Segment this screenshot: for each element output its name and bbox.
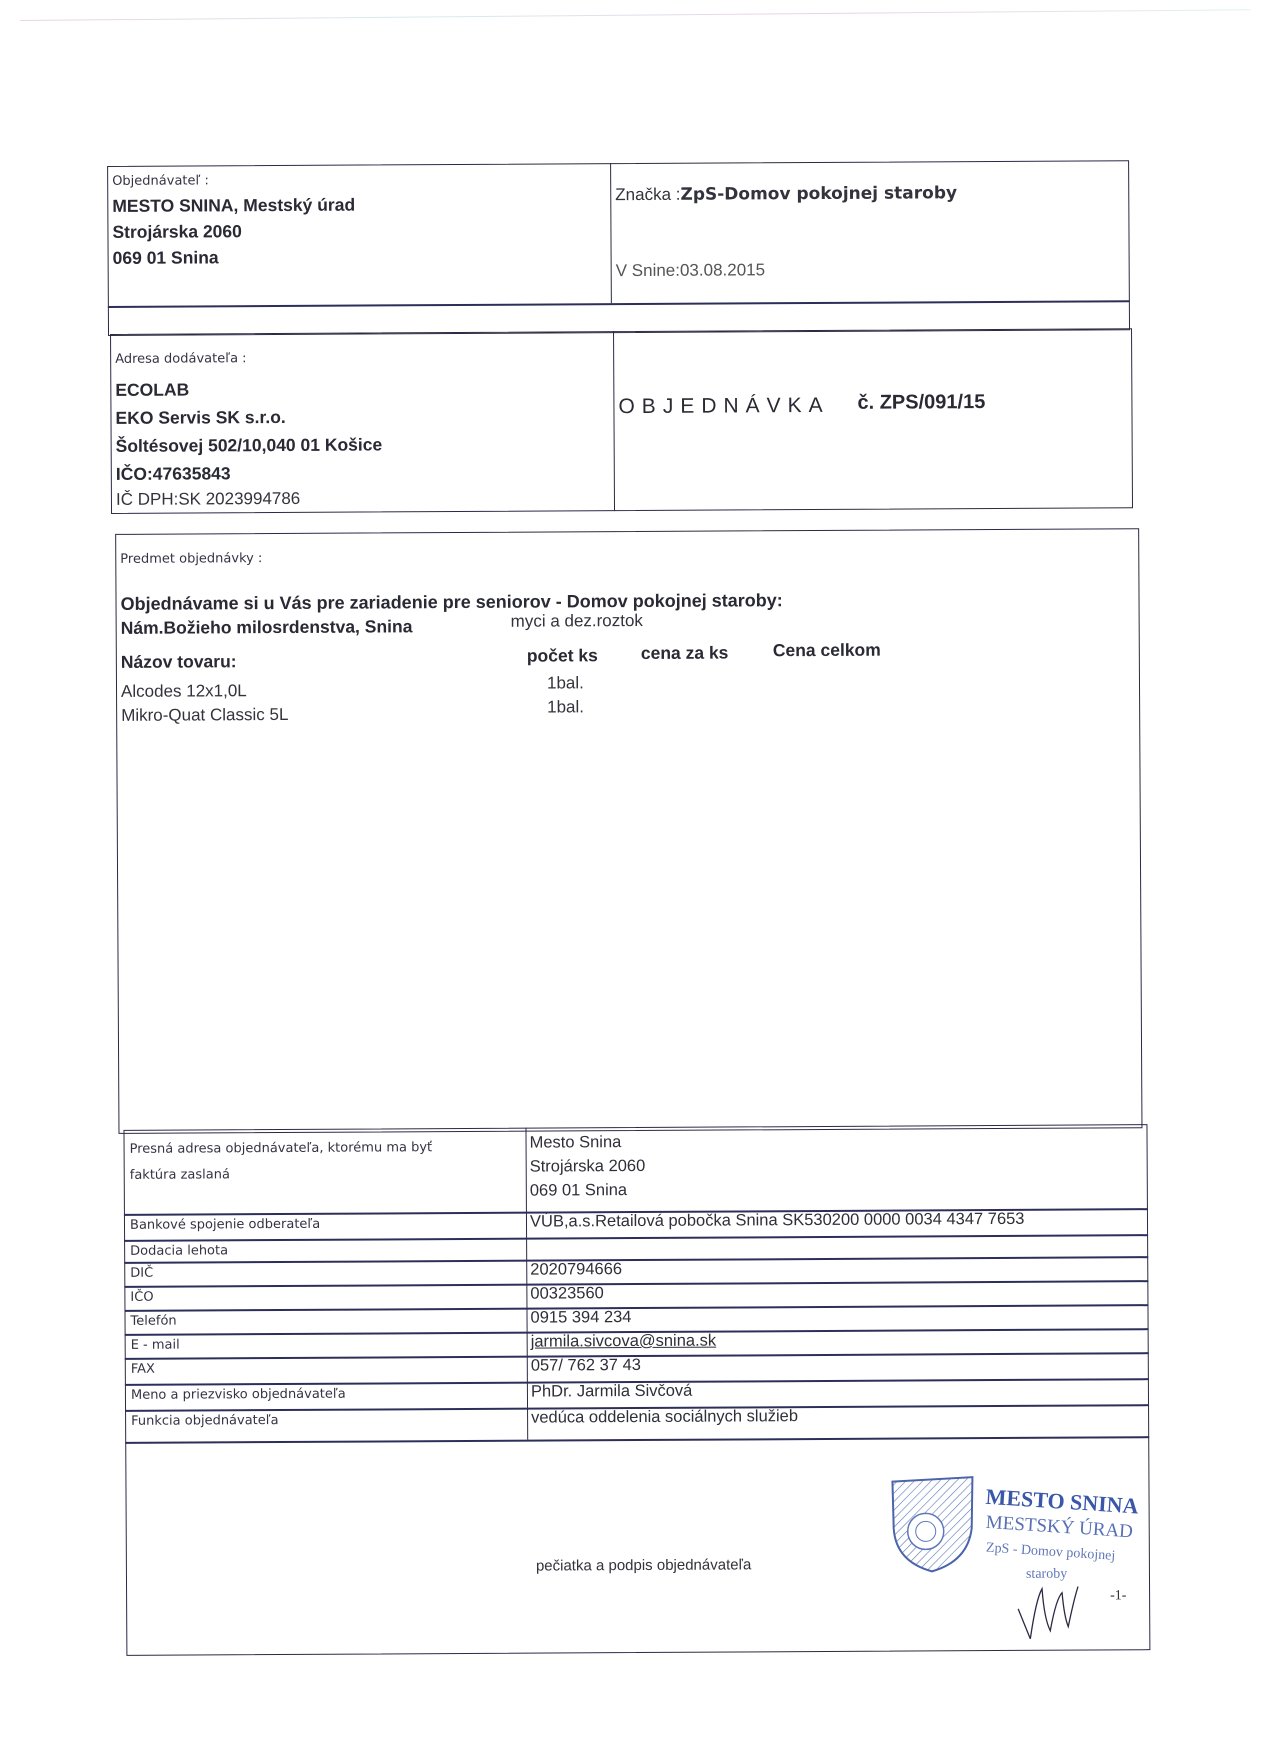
reference-row: Značka :ZpS-Domov pokojnej staroby: [615, 183, 957, 205]
details-row-value: 0915 394 234: [530, 1308, 631, 1328]
order-document: Objednávateľ : MESTO SNINA, Mestský úrad…: [0, 0, 1264, 1752]
supplier-label: Adresa dodávateľa :: [115, 351, 246, 367]
details-row-label: Meno a priezvisko objednávateľa: [131, 1387, 346, 1403]
details-row-label: IČO: [130, 1290, 153, 1305]
invoice-address-line: 069 01 Snina: [530, 1181, 627, 1201]
details-row-value: VÚB,a.s.Retailová pobočka Snina SK530200…: [530, 1210, 1025, 1232]
details-row-value: 057/ 762 37 43: [531, 1356, 641, 1376]
reference-label: Značka :: [615, 185, 680, 204]
orderer-street: Strojárska 2060: [112, 221, 242, 243]
details-row-label: Dodacia lehota: [130, 1243, 228, 1259]
item-name: Mikro-Quat Classic 5L: [121, 705, 288, 726]
details-rows: Bankové spojenie odberateľaVÚB,a.s.Retai…: [0, 0, 1263, 1]
details-row-value: vedúca oddelenia sociálnych služieb: [531, 1407, 798, 1427]
supplier-ico: IČO:47635843: [116, 463, 231, 485]
subject-label: Predmet objednávky :: [120, 551, 262, 567]
invoice-address-label: Presná adresa objednávateľa, ktorému ma …: [130, 1140, 433, 1157]
supplier-ic-dph: IČ DPH:SK 2023994786: [116, 489, 300, 510]
orderer-city: 069 01 Snina: [113, 247, 219, 269]
supplier-address: Šoltésovej 502/10,040 01 Košice: [116, 434, 383, 456]
orderer-label: Objednávateľ :: [112, 173, 209, 189]
item-qty: 1bal.: [547, 673, 584, 693]
invoice-address-line: Strojárska 2060: [530, 1157, 646, 1177]
signature-caption: pečiatka a podpis objednávateľa: [536, 1556, 751, 1574]
details-row-label: Telefón: [131, 1314, 177, 1329]
item-qty: 1bal.: [547, 697, 584, 717]
orderer-name: MESTO SNINA, Mestský úrad: [112, 195, 355, 217]
order-number: č. ZPS/091/15: [857, 391, 985, 415]
signature-scribble-icon: [1008, 1569, 1088, 1649]
details-row-value: 2020794666: [530, 1260, 622, 1280]
details-row-label: FAX: [131, 1362, 155, 1377]
official-stamp: MESTO SNINA MESTSKÝ ÚRAD ZpS - Domov pok…: [887, 1472, 1168, 1644]
column-name: Názov tovaru:: [121, 651, 237, 673]
supplier-company: EKO Servis SK s.r.o.: [115, 407, 285, 429]
details-row-value: 00323560: [530, 1284, 604, 1303]
details-row-value: PhDr. Jarmila Sivčová: [531, 1382, 692, 1402]
subject-category: myci a dez.roztok: [511, 611, 643, 632]
place-date: V Snine:03.08.2015: [616, 260, 765, 281]
subject-intro: Objednávame si u Vás pre zariadenie pre …: [120, 590, 782, 615]
order-title: OBJEDNÁVKA: [618, 394, 829, 419]
reference-value: ZpS-Domov pokojnej staroby: [680, 183, 957, 205]
column-unit-price: cena za ks: [641, 642, 729, 663]
invoice-address-label-2: faktúra zaslaná: [130, 1167, 230, 1183]
details-row-label: E - mail: [131, 1338, 180, 1353]
column-total: Cena celkom: [773, 640, 881, 662]
item-name: Alcodes 12x1,0L: [121, 681, 247, 702]
column-qty: počet ks: [527, 645, 598, 666]
stamp-page: -1-: [1110, 1588, 1126, 1604]
supplier-name: ECOLAB: [115, 380, 189, 401]
details-row-email-link[interactable]: jarmila.sivcova@snina.sk: [531, 1332, 717, 1352]
coat-of-arms-icon: [887, 1473, 978, 1574]
stamp-line-3: ZpS - Domov pokojnej: [985, 1541, 1115, 1565]
details-row-label: DIČ: [130, 1266, 153, 1281]
details-row-label: Bankové spojenie odberateľa: [130, 1217, 320, 1233]
details-row-label: Funkcia objednávateľa: [131, 1413, 279, 1429]
invoice-address-line: Mesto Snina: [530, 1133, 622, 1153]
subject-location: Nám.Božieho milosrdenstva, Snina: [121, 616, 413, 639]
